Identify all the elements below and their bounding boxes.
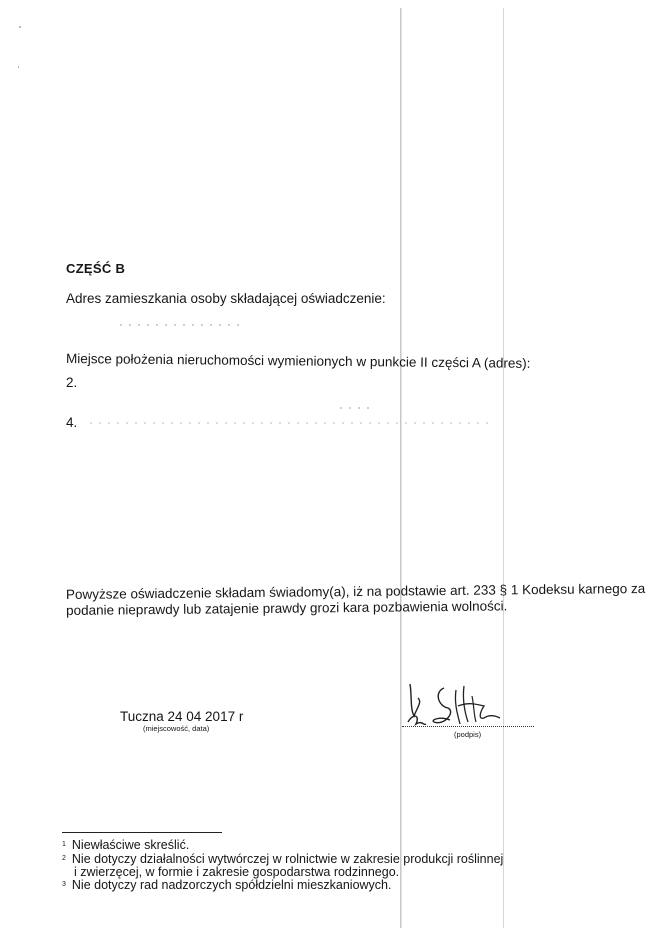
signature-line — [402, 726, 534, 727]
redacted-address — [90, 422, 490, 424]
signature-caption: (podpis) — [454, 730, 481, 739]
redacted-address — [120, 324, 240, 326]
scan-fold-line — [503, 8, 504, 928]
section-heading: CZĘŚĆ B — [66, 261, 125, 276]
legal-statement: Powyższe oświadczenie składam świadomy(a… — [66, 581, 646, 619]
property-item-2: 2. — [66, 375, 77, 390]
residence-address-label: Adres zamieszkania osoby składającej ośw… — [66, 291, 386, 306]
footnote-3: 3Nie dotyczy rad nadzorczych spółdzielni… — [62, 879, 392, 892]
place-date-caption: (miejscowość, data) — [143, 724, 209, 733]
handwritten-signature — [404, 676, 512, 732]
place-date: Tuczna 24 04 2017 r — [120, 709, 243, 724]
scan-fold-line — [400, 8, 401, 928]
footnote-separator — [62, 832, 222, 833]
redacted-address — [340, 407, 370, 409]
property-location-label: Miejsce położenia nieruchomości wymienio… — [66, 351, 531, 371]
scan-speck — [18, 66, 19, 68]
footnote-1: 1Niewłaściwe skreślić. — [62, 839, 189, 852]
property-item-4: 4. — [66, 415, 77, 430]
scan-speck — [19, 26, 21, 28]
